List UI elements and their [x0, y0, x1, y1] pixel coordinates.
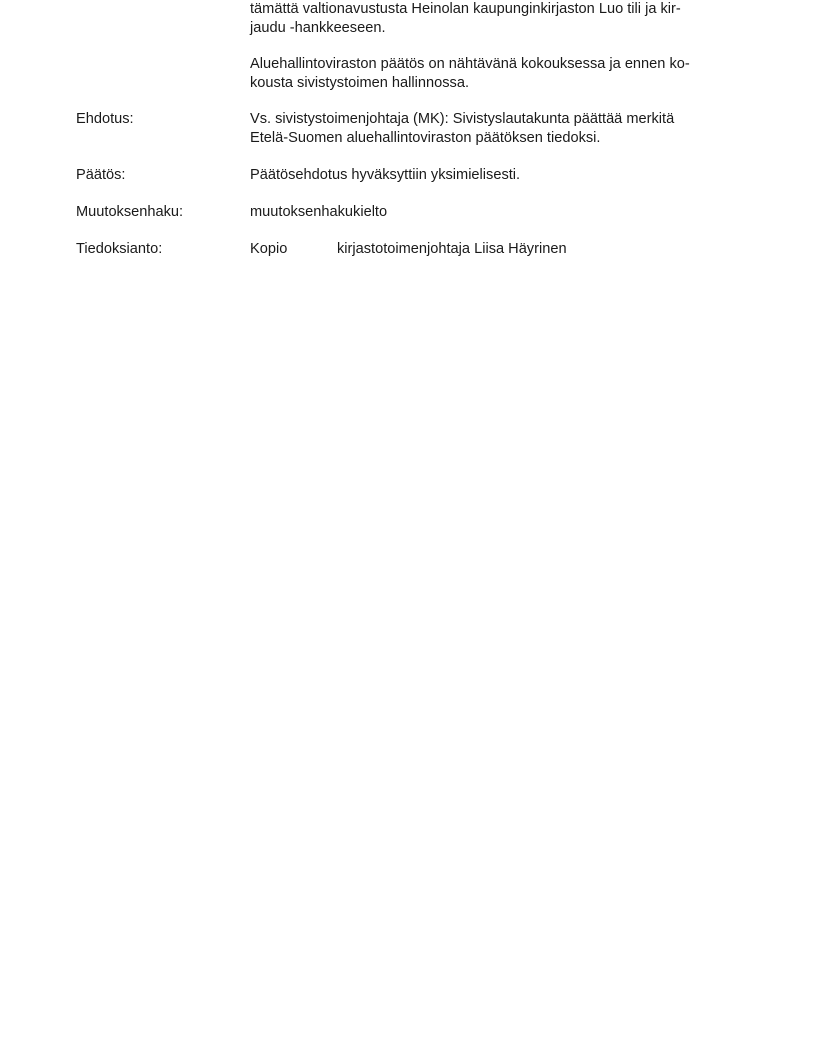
copy-recipient: kirjastotoimenjohtaja Liisa Häyrinen [337, 240, 567, 259]
text-line: kousta sivistystoimen hallinnossa. [250, 74, 750, 93]
section-label: Ehdotus: [76, 110, 134, 129]
text-line: Vs. sivistystoimenjohtaja (MK): Sivistys… [250, 110, 750, 129]
section-label: Muutoksenhaku: [76, 203, 183, 222]
paragraph-grant-info: tämättä valtionavustusta Heinolan kaupun… [250, 0, 750, 38]
text-line: jaudu -hankkeeseen. [250, 19, 750, 38]
section-label: Tiedoksianto: [76, 240, 162, 259]
text-line: tämättä valtionavustusta Heinolan kaupun… [250, 0, 750, 19]
text-line: Etelä-Suomen aluehallintoviraston päätök… [250, 129, 750, 148]
paragraph-decision-availability: Aluehallintoviraston päätös on nähtävänä… [250, 55, 750, 93]
section-label: Päätös: [76, 166, 126, 185]
text-line: Aluehallintoviraston päätös on nähtävänä… [250, 55, 750, 74]
appeal-text: muutoksenhakukielto [250, 203, 750, 222]
proposal-text: Vs. sivistystoimenjohtaja (MK): Sivistys… [250, 110, 750, 148]
decision-text: Päätösehdotus hyväksyttiin yksimielisest… [250, 166, 750, 185]
document-page: tämättä valtionavustusta Heinolan kaupun… [0, 0, 816, 1056]
copy-type: Kopio [250, 240, 287, 259]
